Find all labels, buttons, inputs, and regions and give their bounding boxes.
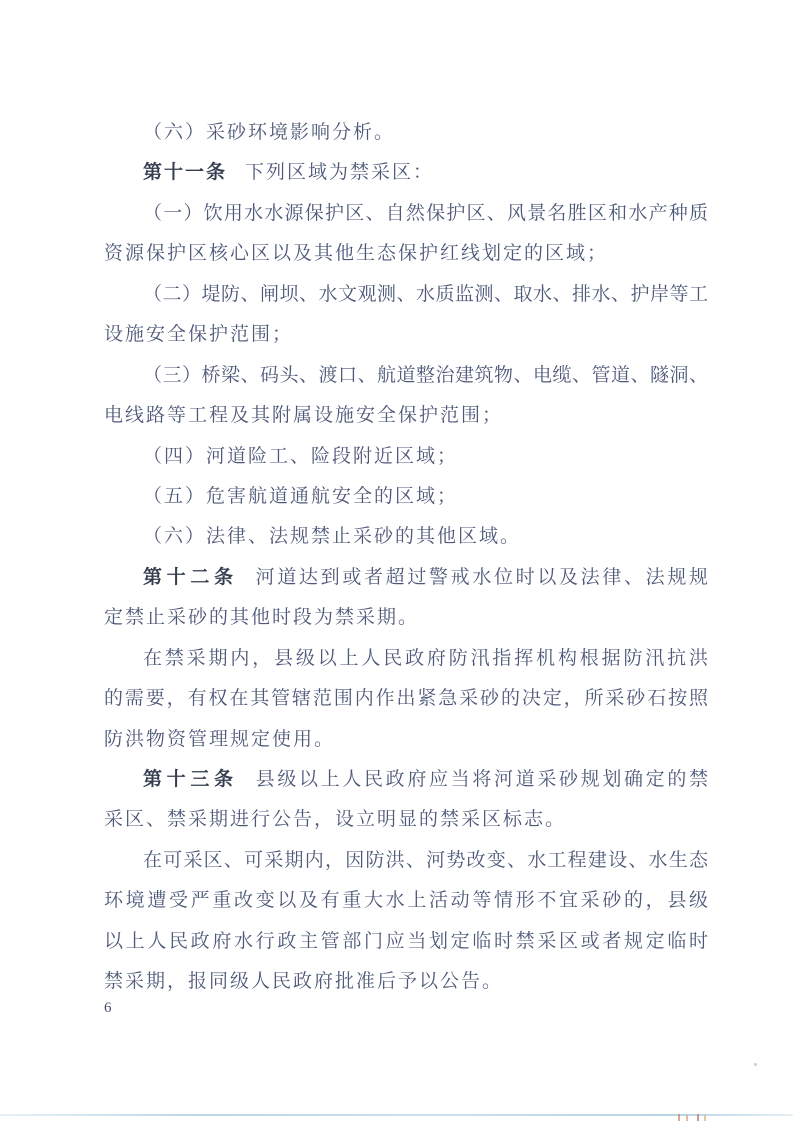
scan-artifact-dot: [754, 1063, 757, 1066]
text-line: 禁采期，报同级人民政府批准后予以公告。: [104, 962, 708, 1002]
text-line: 电线路等工程及其附属设施安全保护范围；: [104, 396, 708, 436]
document-body: （六）采砂环境影响分析。 第十一条下列区域为禁采区： （一）饮用水水源保护区、自…: [104, 113, 708, 1003]
text-line: （六）采砂环境影响分析。: [104, 113, 708, 153]
text-line: （一）饮用水水源保护区、自然保护区、风景名胜区和水产种质: [104, 194, 708, 234]
text-line: 在可采区、可采期内，因防洪、河势改变、水工程建设、水生态: [104, 841, 708, 881]
text-line: 的需要，有权在其管辖范围内作出紧急采砂的决定，所采砂石按照: [104, 679, 708, 719]
text-line: 设施安全保护范围；: [104, 315, 708, 355]
text-line: （三）桥梁、码头、渡口、航道整治建筑物、电缆、管道、隧洞、输: [104, 356, 708, 396]
text-line: 在禁采期内，县级以上人民政府防汛指挥机构根据防汛抗洪: [104, 639, 708, 679]
article-12-number: 第十二条: [143, 567, 238, 588]
text-line: （五）危害航道通航安全的区域；: [104, 477, 708, 517]
text-line: （六）法律、法规禁止采砂的其他区域。: [104, 517, 708, 557]
article-12-heading-line: 第十二条河道达到或者超过警戒水位时以及法律、法规规: [104, 558, 708, 598]
article-12-text: 河道达到或者超过警戒水位时以及法律、法规规: [256, 567, 708, 588]
text-line: 防洪物资管理规定使用。: [104, 720, 708, 760]
article-11-heading-line: 第十一条下列区域为禁采区：: [104, 153, 708, 193]
article-11-text: 下列区域为禁采区：: [245, 162, 434, 183]
text-line: （二）堤防、闸坝、水文观测、水质监测、取水、排水、护岸等工程: [104, 275, 708, 315]
text-line: 定禁止采砂的其他时段为禁采期。: [104, 598, 708, 638]
scan-artifact-speck: [697, 1114, 699, 1121]
article-13-number: 第十三条: [143, 769, 238, 790]
article-13-text: 县级以上人民政府应当将河道采砂规划确定的禁: [256, 769, 708, 790]
scan-artifact-line: [0, 1114, 793, 1116]
article-11-number: 第十一条: [143, 162, 227, 183]
article-13-heading-line: 第十三条县级以上人民政府应当将河道采砂规划确定的禁: [104, 760, 708, 800]
page-number: 6: [104, 1000, 112, 1017]
text-line: 资源保护区核心区以及其他生态保护红线划定的区域；: [104, 234, 708, 274]
text-line: 采区、禁采期进行公告，设立明显的禁采区标志。: [104, 800, 708, 840]
document-page: （六）采砂环境影响分析。 第十一条下列区域为禁采区： （一）饮用水水源保护区、自…: [0, 0, 793, 1122]
scan-artifact-dot: [693, 208, 695, 212]
text-line: 以上人民政府水行政主管部门应当划定临时禁采区或者规定临时: [104, 922, 708, 962]
text-line: （四）河道险工、险段附近区域；: [104, 437, 708, 477]
scan-artifact-speck: [686, 1115, 688, 1121]
scan-artifact-speck: [704, 1115, 706, 1121]
text-line: 环境遭受严重改变以及有重大水上活动等情形不宜采砂的，县级: [104, 881, 708, 921]
scan-artifact-speck: [678, 1114, 680, 1121]
